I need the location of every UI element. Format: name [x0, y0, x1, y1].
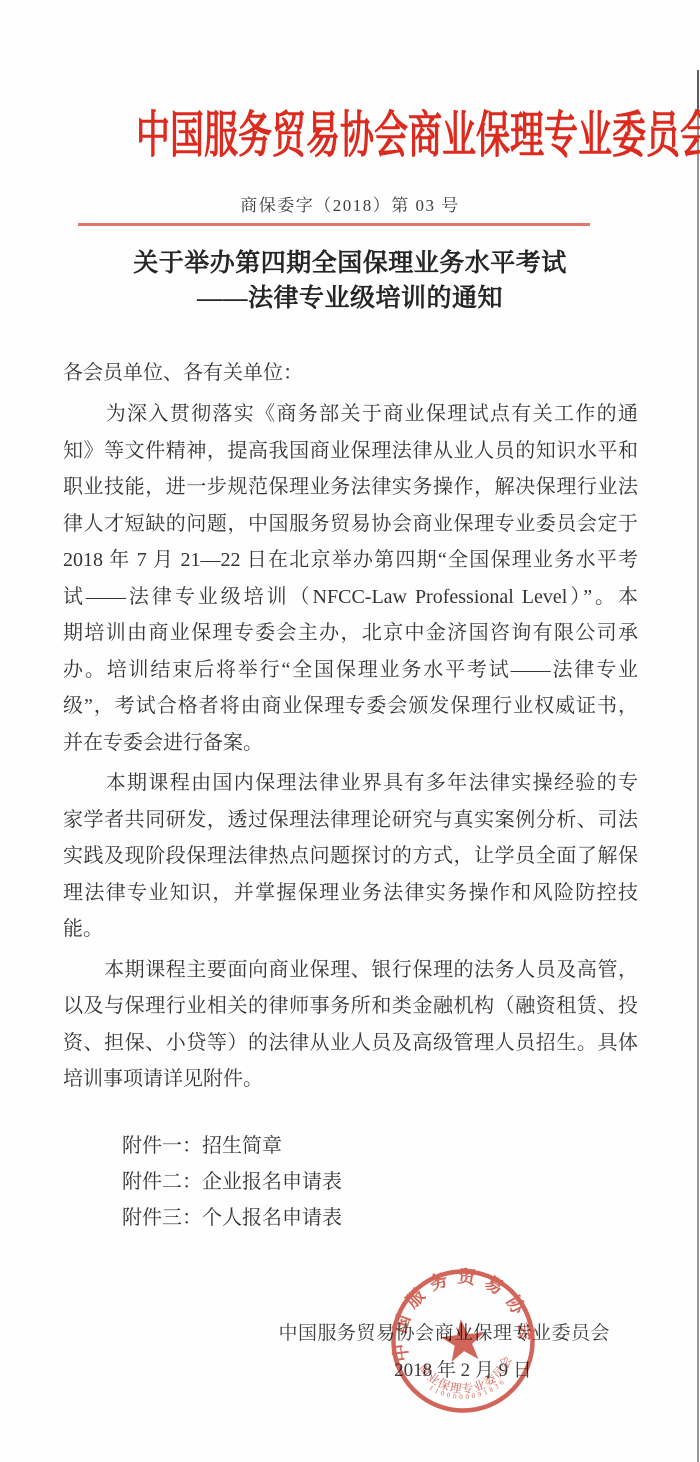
attachment-item: 附件二：企业报名申请表: [122, 1164, 638, 1200]
body-line: 期培训由商业保理专委会主办，北京中金济国咨询有限公司承: [63, 615, 638, 652]
body-line: 职业技能，进一步规范保理业务法律实务操作，解决保理行业法: [63, 469, 638, 506]
doc-number: 商保委字（2018）第 03 号: [0, 191, 700, 216]
body-line: 办。培训结束后将举行“全国保理业务水平考试——法律专业: [63, 652, 638, 689]
body-line: 能。: [63, 911, 638, 948]
attachment-list: 附件一：招生简章 附件二：企业报名申请表 附件三：个人报名申请表: [63, 1128, 638, 1236]
document-page: 中国服务贸易协会商业保理专业委员会 商保委字（2018）第 03 号 关于举办第…: [0, 0, 700, 1462]
body-paragraph: 为深入贯彻落实《商务部关于商业保理试点有关工作的通 知》等文件精神，提高我国商业…: [63, 396, 638, 761]
body-line: 并在专委会进行备案。: [63, 725, 638, 762]
body-line: 知》等文件精神，提高我国商业保理法律从业人员的知识水平和: [63, 433, 638, 470]
body-line: 以及与保理行业相关的律师事务所和类金融机构（融资租赁、投: [63, 988, 638, 1025]
paragraph-lines: 本期课程由国内保理法律业界具有多年法律实操经验的专 家学者共同研发，透过保理法律…: [63, 765, 638, 948]
paragraph-lines: 为深入贯彻落实《商务部关于商业保理试点有关工作的通 知》等文件精神，提高我国商业…: [63, 396, 638, 761]
document-body: 各会员单位、各有关单位： 为深入贯彻落实《商务部关于商业保理试点有关工作的通 知…: [63, 354, 638, 1236]
body-line: 资、担保、小贷等）的法律从业人员及高级管理人员招生。具体: [63, 1025, 638, 1062]
red-divider-line: [78, 223, 590, 226]
body-paragraph: 本期课程主要面向商业保理、银行保理的法务人员及高管， 以及与保理行业相关的律师事…: [63, 952, 638, 1098]
body-line: 为深入贯彻落实《商务部关于商业保理试点有关工作的通: [63, 396, 638, 433]
seal-star: [439, 1317, 487, 1363]
paragraph-list: 为深入贯彻落实《商务部关于商业保理试点有关工作的通 知》等文件精神，提高我国商业…: [63, 396, 638, 1098]
body-line: 实践及现阶段保理法律热点问题探讨的方式，让学员全面了解保: [63, 838, 638, 875]
body-line: 本期课程主要面向商业保理、银行保理的法务人员及高管，: [63, 952, 638, 989]
body-paragraph: 本期课程由国内保理法律业界具有多年法律实操经验的专 家学者共同研发，透过保理法律…: [63, 765, 638, 948]
salutation: 各会员单位、各有关单位：: [63, 354, 638, 392]
org-header-title: 中国服务贸易协会商业保理专业委员会: [0, 106, 700, 164]
notice-title-line2: ——法律专业级培训的通知: [0, 281, 700, 316]
body-line: 级”，考试合格者将由商业保理专委会颁发保理行业权威证书，: [63, 688, 638, 725]
paragraph-lines: 本期课程主要面向商业保理、银行保理的法务人员及高管， 以及与保理行业相关的律师事…: [63, 952, 638, 1098]
body-line: 家学者共同研发，透过保理法律理论研究与真实案例分析、司法: [63, 802, 638, 839]
org-header-text: 中国服务贸易协会商业保理专业委员会: [136, 106, 700, 164]
body-line: 本期课程由国内保理法律业界具有多年法律实操经验的专: [63, 765, 638, 802]
body-line: 律人才短缺的问题，中国服务贸易协会商业保理专业委员会定于: [63, 506, 638, 543]
body-line: 培训事项请详见附件。: [63, 1061, 638, 1098]
body-line: 2018 年 7 月 21—22 日在北京举办第四期“全国保理业务水平考: [63, 542, 638, 579]
notice-title: 关于举办第四期全国保理业务水平考试 ——法律专业级培训的通知: [0, 246, 700, 316]
body-line: 试——法律专业级培训（NFCC-Law Professional Level）”…: [63, 579, 638, 616]
official-seal: 中国服务贸易协会 商业保理专业委员会 1100000091836: [381, 1259, 546, 1424]
attachment-item: 附件一：招生简章: [122, 1128, 638, 1164]
body-line: 理法律专业知识，并掌握保理业务法律实务操作和风险防控技: [63, 875, 638, 912]
attachment-item: 附件三：个人报名申请表: [122, 1200, 638, 1236]
notice-title-line1: 关于举办第四期全国保理业务水平考试: [0, 246, 700, 281]
